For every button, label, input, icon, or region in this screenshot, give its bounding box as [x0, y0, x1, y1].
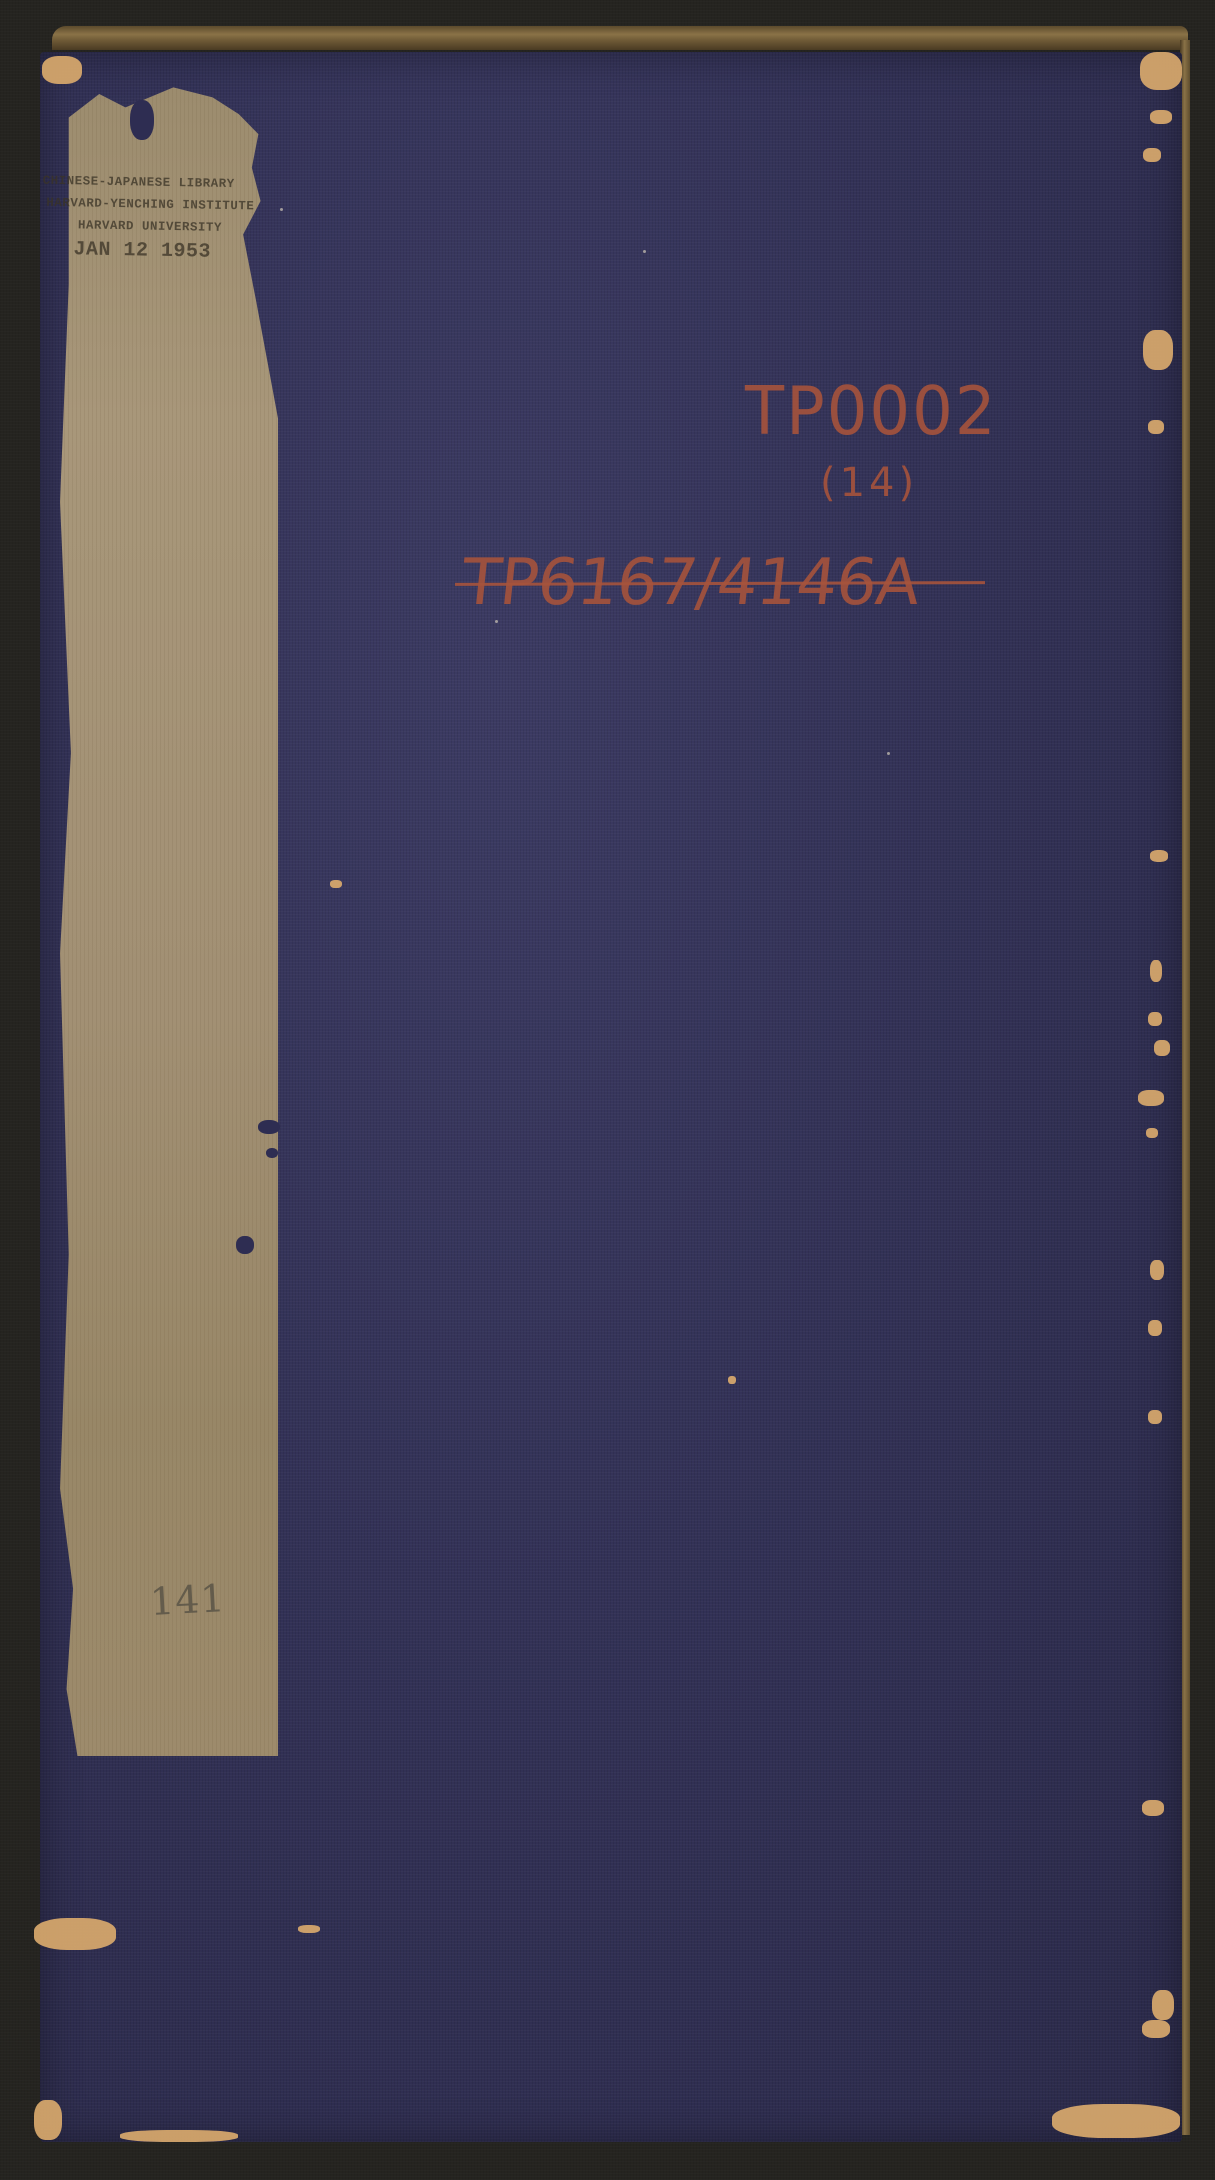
corner-wear-bottom-left	[34, 1918, 116, 1950]
call-number: TP0002	[745, 373, 998, 451]
library-stamp: CHINESE-JAPANESE LIBRARY HARVARD-YENCHIN…	[71, 170, 273, 267]
edge-wear	[1154, 1040, 1170, 1056]
edge-wear	[1146, 1128, 1158, 1138]
edge-wear-bottom	[120, 2130, 238, 2142]
stamp-line-date: JAN 12 1953	[73, 236, 271, 267]
edge-wear	[1148, 420, 1164, 434]
edge-wear	[1148, 1410, 1162, 1424]
label-hole	[258, 1120, 280, 1134]
pencil-mark: 141	[149, 1576, 227, 1624]
edge-wear	[1150, 110, 1172, 124]
edge-wear	[1142, 1800, 1164, 1816]
speck	[495, 620, 498, 623]
spot	[728, 1376, 736, 1384]
edge-wear	[1143, 148, 1161, 162]
edge-wear	[1148, 1012, 1162, 1026]
edge-wear	[1150, 960, 1162, 982]
edge-wear	[1150, 1260, 1164, 1280]
corner-wear-bottom-right	[1052, 2104, 1180, 2138]
page-edge-top	[52, 26, 1188, 50]
edge-wear	[1150, 850, 1168, 862]
speck	[643, 250, 646, 253]
corner-wear-top-left	[42, 56, 82, 84]
corner-wear-top-right	[1140, 52, 1182, 90]
edge-wear	[1142, 2020, 1170, 2038]
label-hole	[130, 100, 154, 140]
edge-wear	[1143, 330, 1173, 370]
edge-wear	[1148, 1320, 1162, 1336]
edge-wear	[1138, 1090, 1164, 1106]
label-hole	[266, 1148, 278, 1158]
title-label	[60, 84, 278, 1756]
edge-wear	[298, 1925, 320, 1933]
label-hole	[236, 1236, 254, 1254]
corner-wear-bottom-left	[34, 2100, 62, 2140]
edge-wear	[1152, 1990, 1174, 2020]
volume-number: (14)	[820, 460, 918, 506]
speck	[280, 208, 283, 211]
speck	[887, 752, 890, 755]
spot	[330, 880, 342, 888]
